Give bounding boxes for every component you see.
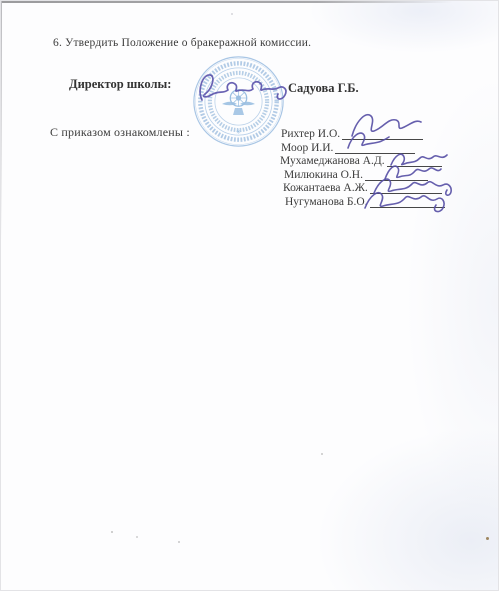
scan-speck xyxy=(136,536,138,538)
signatory-name: Нугуманова Б.О. xyxy=(285,196,368,209)
scan-speck xyxy=(178,541,180,543)
scan-speck xyxy=(111,531,113,533)
director-name: Садуова Г.Б. xyxy=(288,81,359,96)
seal-star-glyph: ✳ xyxy=(236,128,242,136)
scan-edge-artifact-left xyxy=(1,1,2,241)
director-label: Директор школы: xyxy=(69,77,171,92)
scan-speck xyxy=(486,537,489,540)
signatory-name: Кожантаева А.Ж. xyxy=(283,182,368,195)
scanned-document-page: 6. Утвердить Положение о бракеражной ком… xyxy=(0,0,499,591)
signature-ink xyxy=(359,186,451,214)
signatory-name: Моор И.И. xyxy=(281,142,333,155)
signatory-name: Милюкина О.Н. xyxy=(284,169,363,182)
signatory-name: Рихтер И.О. xyxy=(281,128,340,141)
scan-speck xyxy=(321,453,323,455)
scan-speck xyxy=(231,13,233,15)
signatory-name: Мухамеджанова А.Д. xyxy=(280,155,385,168)
order-clause-text: 6. Утвердить Положение о бракеражной ком… xyxy=(53,37,311,49)
director-signature-ink xyxy=(193,67,298,109)
acknowledgement-label: С приказом ознакомлены : xyxy=(50,125,190,140)
scan-edge-artifact-top xyxy=(1,1,453,3)
